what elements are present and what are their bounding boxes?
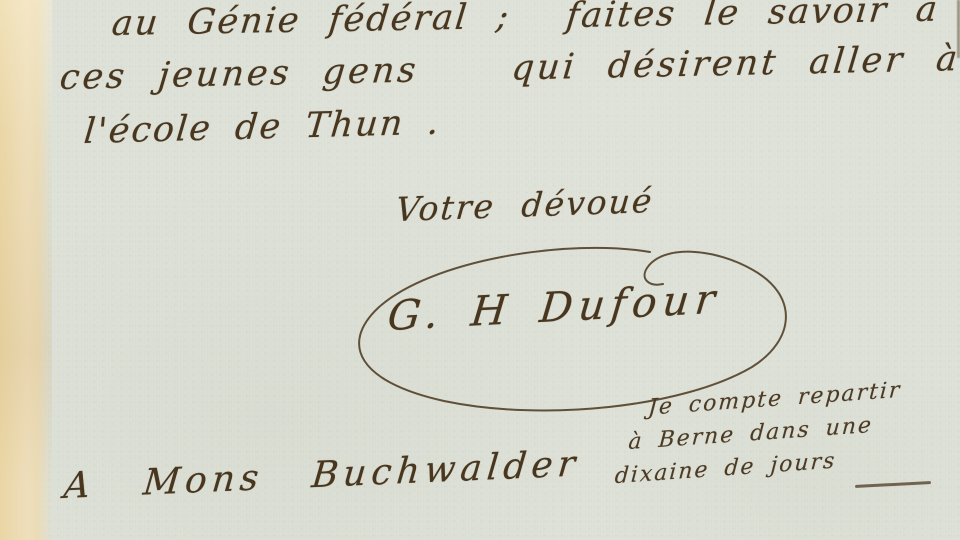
letter-page: au Génie fédéral ; faites le savoir à ce… xyxy=(0,0,960,540)
address-line: A Mons Buchwalder xyxy=(62,443,582,507)
letter-body-line-2: ces jeunes gens qui désirent aller à xyxy=(58,39,960,98)
pen-flourish-stroke xyxy=(855,481,931,487)
letter-body-line-1: au Génie fédéral ; faites le savoir à xyxy=(110,0,941,44)
letter-body-line-3: l'école de Thun . xyxy=(82,103,442,152)
letter-closing: Votre dévoué xyxy=(394,181,655,229)
aged-paper-edge xyxy=(0,0,52,540)
